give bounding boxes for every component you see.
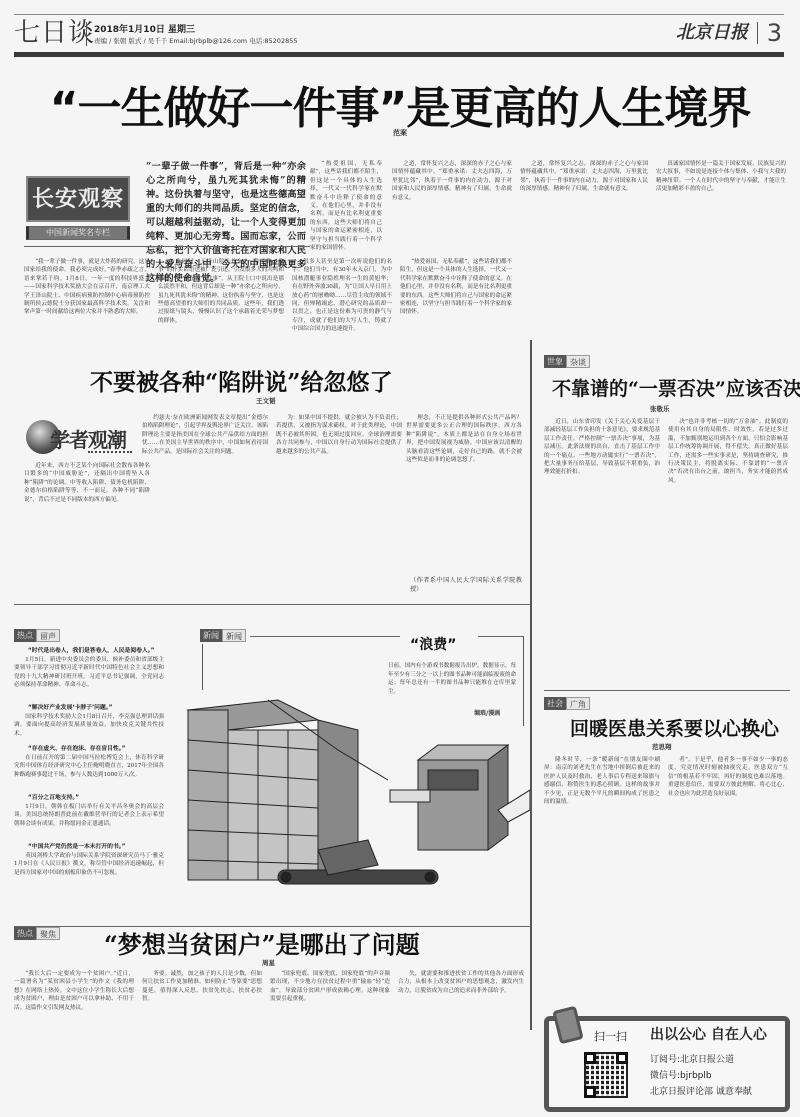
trap-article-headline: 不要被各种“陷阱说”给忽悠了 — [90, 364, 392, 397]
poverty-body-col-3: “国家兜底、国家兜底、国家兜底”的声音频繁出现，不少地方在扶贫过程中重“输血”轻… — [270, 970, 390, 1110]
promo-department: 北京日报评论部 诚意奉献 — [650, 1084, 752, 1097]
masthead-divider-right — [757, 22, 758, 44]
quote-text: 国家科学技术奖励大会1月8日召开，李克强总理讲话强调，要面向提高经济发展质量效益… — [14, 713, 164, 739]
paragraph: “我长大后一定要成为一个贫困户。”近日，一篇署名为“某贫困县小学生”的作文《我的… — [14, 970, 134, 1012]
paragraph: “我一辈子做一件事，就是大炸药的研究，这是国家给我的使命，我必须完成好。”春季赤… — [24, 258, 150, 317]
section-name: 七日谈 — [14, 16, 95, 50]
veto-body-col-2: 决”也并非考核一切的“万金油”。此制度的使用有其自身的局限性、时效性，若是过多过… — [668, 418, 788, 682]
poverty-body-col-4: 失，就需要和推进扶贫工作的其他各方面形成合力，从根本上改变贫困户的思想观念，激发… — [398, 970, 524, 1110]
quote-item: “中国共产党仍然是一本未打开的书。” 英国剑桥大学政治与国际关系学院资深研究员马… — [14, 843, 164, 878]
trap-author-signature: （作者系中国人民大学国际关系学院教授） — [410, 576, 522, 600]
doctor-body-col-1: 隆冬时节，一条“暖新闻”在朋友圈中刷屏：南京的刘老先生在雪地中摔倒后被赶来的医护… — [544, 756, 660, 1002]
column-badge-text: 长安观察 — [28, 182, 128, 213]
poverty-article-headline: “梦想当贫困户”是哪出了问题 — [104, 925, 420, 960]
hot-quotes-list: “时代是出卷人，我们是答卷人，人民是阅卷人。” 1月5日，新进中央委员会的委员、… — [14, 647, 164, 884]
lead-body-col-4b: “热爱祖国，无私奉献”，这些话我们都不陌生，但这是一个具体的人生选择，一代又一代… — [400, 258, 512, 340]
quote-item: “解决好产业发展‘卡脖子’问题。” 国家科学技术奖励大会1月8日召开，李克强总理… — [14, 704, 164, 739]
paragraph: 与此同时，王泽山院士这句“一辈子做一件事”的朴实话语也被广泛引述，引发很多人的共… — [158, 258, 284, 325]
paragraph: “国家兜底、国家兜底、国家兜底”的声音频繁出现，不少地方在扶贫过程中重“输血”轻… — [270, 970, 390, 1004]
doctor-body-col-2: 者”。于是乎，他者多一事不如少一事的态度，究竟情况时刻被抽视究走。医患双方“互信… — [668, 756, 788, 1002]
paragraph: 理念，不正是提供各种形式公共产品吗？ 世界需要更多公正合理的国际秩序。西方各种“… — [406, 414, 522, 464]
quote-item: “存在虚火、存在泡沫、存在盲目性。” 在日前召开的第二届中国马拉松博览会上，体育… — [14, 745, 164, 788]
lead-body-col-4: “热爱祖国，无私奉献”，这些话我们都不陌生，但这是一个具体的人生选择，一代又一代… — [310, 160, 382, 260]
cartoon-top-rule — [250, 636, 400, 637]
paragraph: 之道，常怀复兴之志，深深的赤子之心与家国情怀蕴藏其中。“郑重承诺：丈夫志四海，万… — [520, 160, 648, 194]
paragraph: 近年来，西方不乏某个向国际社会散布各种名目繁多的“中国威胁论”，还隔出中国将坠入… — [24, 462, 150, 504]
section-rule-right — [544, 690, 790, 691]
quote-headline: “时代是出卷人，我们是答卷人，人民是阅卷人。” — [14, 647, 164, 656]
lead-body-col-6: 真诚家国情怀是一篇关于国家发展、民族复兴的宏大叙事，不如说是连接个体与集体、小我… — [656, 160, 786, 330]
section-tag-poverty: 热点 聚焦 — [14, 927, 60, 940]
tag-primary: 世象 — [544, 355, 566, 368]
paragraph: 很多人甚至是第一次听说他们的名字。他们当中，有30年未入京门，为中国核潜艇事业隐… — [292, 258, 392, 334]
column-separator — [530, 340, 532, 1030]
newspaper-logo: 北京日报 — [676, 18, 748, 48]
paragraph: 真诚家国情怀是一篇关于国家发展、民族复兴的宏大叙事，不如说是连接个体与集体、小我… — [656, 160, 786, 194]
qr-finder-icon — [616, 1052, 628, 1064]
lead-intro-rule — [24, 246, 310, 247]
quote-text: 在日前召开的第二届中国马拉松博览会上，体育科学研究所中国体育经济研究中心主任鲍明… — [14, 754, 164, 788]
lead-body-col-5: 之道，常怀复兴之志，深深的赤子之心与家国情怀蕴藏其中。“郑重承诺：丈夫志四海，万… — [392, 160, 512, 260]
paragraph: 隆冬时节，一条“暖新闻”在朋友圈中刷屏：南京的刘老先生在雪地中摔倒后被赶来的医护… — [544, 756, 660, 806]
issue-date: 2018年1月10日 星期三 — [94, 22, 195, 35]
page-number: 3 — [767, 16, 782, 50]
tag-primary: 新闻 — [200, 629, 222, 642]
quote-headline: “百分之百地支持。” — [14, 794, 164, 803]
column-badge-changan: 长安观察 — [26, 176, 130, 222]
cartoon-left-rule — [202, 644, 203, 690]
quote-item: “时代是出卷人，我们是答卷人，人民是阅卷人。” 1月5日，新进中央委员会的委员、… — [14, 647, 164, 698]
veto-article-byline: 张敬乐 — [650, 404, 670, 413]
section-tag-cartoon: 新闻 新闻 — [200, 629, 246, 642]
wave-decoration — [88, 449, 132, 453]
lead-headline: “一生做好一件事”是更高的人生境界 — [0, 72, 800, 136]
tag-primary: 热点 — [14, 629, 36, 642]
lead-body-col-1: “我一辈子做一件事，就是大炸药的研究，这是国家给我的使命，我必须完成好。”春季赤… — [24, 258, 150, 340]
doctor-article-headline: 回暖医患关系要以心换心 — [570, 714, 779, 741]
tag-secondary: 广角 — [566, 697, 590, 710]
tag-secondary: 新闻 — [222, 629, 246, 642]
tag-secondary: 留声 — [36, 629, 60, 642]
lead-body-col-3: 很多人甚至是第一次听说他们的名字。他们当中，有30年未入京门，为中国核潜艇事业隐… — [292, 258, 392, 340]
quote-text: 1月5日，新进中央委员会的委员、候补委员和省部级主要领导干部学习贯彻习近平新时代… — [14, 656, 164, 698]
quote-headline: “解决好产业发展‘卡脖子’问题。” — [14, 704, 164, 713]
tag-primary: 社会 — [544, 697, 566, 710]
promo-wechat-id: 微信号:bjrbplb — [650, 1068, 712, 1081]
lead-byline: 范案 — [0, 128, 800, 138]
tag-secondary: 杂谈 — [566, 355, 590, 368]
section-tag-veto: 世象 杂谈 — [544, 355, 590, 368]
paragraph: 务要。诚然，加之孩子的人只是少数，但如何让扶贫工作更加精准，如何防止“等靠要”思… — [142, 970, 262, 1004]
cartoon-top-rule-right — [478, 636, 524, 637]
veto-body-col-1: 近日，山东省印发《关于关心关爱基层干部减轻基层工作负担的十条意见》，要求规范基层… — [544, 418, 660, 682]
tag-secondary: 聚焦 — [36, 927, 60, 940]
trap-body-col-1: 近年来，西方不乏某个向国际社会散布各种名目繁多的“中国威胁论”，还隔出中国将坠入… — [24, 462, 150, 602]
cartoon-illustration-icon — [168, 690, 530, 910]
paragraph: 约瑟夫·奈在欧洲新闻网发表文章提出“金德尔伯格陷阱理论”，引起学界及舆论界广泛关… — [142, 414, 268, 456]
masthead: 七日谈 2018年1月10日 星期三 责编 / 张朝 版式 / 吴千千 Emai… — [14, 16, 784, 50]
masthead-top-rule — [14, 14, 784, 15]
trap-body-col-4: 理念，不正是提供各种形式公共产品吗？ 世界需要更多公正合理的国际秩序。西方各种“… — [406, 414, 522, 574]
qr-finder-icon — [584, 1052, 596, 1064]
paragraph: 者”。于是乎，他者多一事不如少一事的态度，究竟情况时刻被抽视究走。医患双方“互信… — [668, 756, 788, 798]
masthead-bottom-rule — [14, 52, 784, 57]
promo-subscription: 订阅号:北京日报公道 — [650, 1052, 734, 1065]
masthead-divider — [86, 22, 87, 46]
paragraph: 近日，山东省印发《关于关心关爱基层干部减轻基层工作负担的十条意见》，要求规范基层… — [544, 418, 660, 477]
paragraph: 失，就需要和推进扶贫工作的其他各方面形成合力，从根本上改变贫困户的思想观念，激发… — [398, 970, 524, 995]
quote-headline: “中国共产党仍然是一本未打开的书。” — [14, 843, 164, 852]
column-badge-subtitle: 中国新闻奖名专栏 — [26, 226, 130, 240]
lead-body-col-5b: 之道，常怀复兴之志，深深的赤子之心与家国情怀蕴藏其中。“郑重承诺：丈夫志四海，万… — [520, 160, 648, 320]
poverty-body-col-2: 务要。诚然，加之孩子的人只是少数，但如何让扶贫工作更加精准，如何防止“等靠要”思… — [142, 970, 262, 1110]
lead-body-col-2: 与此同时，王泽山院士这句“一辈子做一件事”的朴实话语也被广泛引述，引发很多人的共… — [158, 258, 284, 340]
quote-headline: “存在虚火、存在泡沫、存在盲目性。” — [14, 745, 164, 754]
veto-article-headline: 不靠谱的“一票否决”应该否决 — [552, 374, 800, 401]
trap-body-col-2: 约瑟夫·奈在欧洲新闻网发表文章提出“金德尔伯格陷阱理论”，引起学界及舆论界广泛关… — [142, 414, 268, 604]
poverty-article-byline: 周星 — [262, 958, 275, 967]
paragraph: 为：如果中国不提供，就会被认为不负责任；若提供，又被指为谋求霸权。对于此类理论，… — [276, 414, 402, 456]
promo-slogan: 出以公心 自在人心 — [650, 1024, 767, 1044]
quote-item: “百分之百地支持。” 1月9日，朝韩在板门店举行有关平昌冬奥会的高层会谈。美国总… — [14, 794, 164, 837]
paragraph: 决”也并非考核一切的“万金油”。此制度的使用有其自身的局限性、时效性，若是过多过… — [668, 418, 788, 485]
section-tag-hot-quotes: 热点 留声 — [14, 629, 60, 642]
doctor-article-byline: 范思翔 — [652, 742, 672, 751]
trap-article-byline: 王文韬 — [256, 396, 276, 405]
paragraph: “热爱祖国，无私奉献”，这些话我们都不陌生，但这是一个具体的人生选择，一代又一代… — [310, 160, 382, 252]
paragraph: “热爱祖国，无私奉献”，这些话我们都不陌生，但这是一个具体的人生选择，一代又一代… — [400, 258, 512, 317]
qr-code-icon[interactable] — [584, 1052, 628, 1098]
poverty-body-col-1: “我长大后一定要成为一个贫困户。”近日，一篇署名为“某贫困县小学生”的作文《我的… — [14, 970, 134, 1110]
column-badge-scholar: 学者观潮 — [24, 418, 134, 458]
section-tag-doctor: 社会 广角 — [544, 697, 590, 710]
quote-text: 英国剑桥大学政治与国际关系学院资深研究员马丁·雅克1月9日在《人民日报》撰文，称… — [14, 852, 164, 878]
cartoon-title: “浪费” — [410, 634, 456, 654]
section-rule — [14, 604, 530, 605]
qr-finder-icon — [584, 1086, 596, 1098]
trap-body-col-3: 为：如果中国不提供，就会被认为不负责任；若提供，又被指为谋求霸权。对于此类理论，… — [276, 414, 402, 604]
editor-credits: 责编 / 张朝 版式 / 吴千千 Email:bjrbplb@126.com 电… — [94, 36, 297, 45]
quote-text: 1月9日，朝韩在板门店举行有关平昌冬奥会的高层会谈。美国总统特朗普此前在戴维营举… — [14, 803, 164, 837]
paragraph: 之道，常怀复兴之志，深深的赤子之心与家国情怀蕴藏其中。“郑重承诺：丈夫志四海，万… — [392, 160, 512, 202]
newspaper-page: 七日谈 2018年1月10日 星期三 责编 / 张朝 版式 / 吴千千 Emai… — [0, 0, 800, 1117]
scan-label: 扫一扫 — [594, 1028, 627, 1044]
tag-primary: 热点 — [14, 927, 36, 940]
